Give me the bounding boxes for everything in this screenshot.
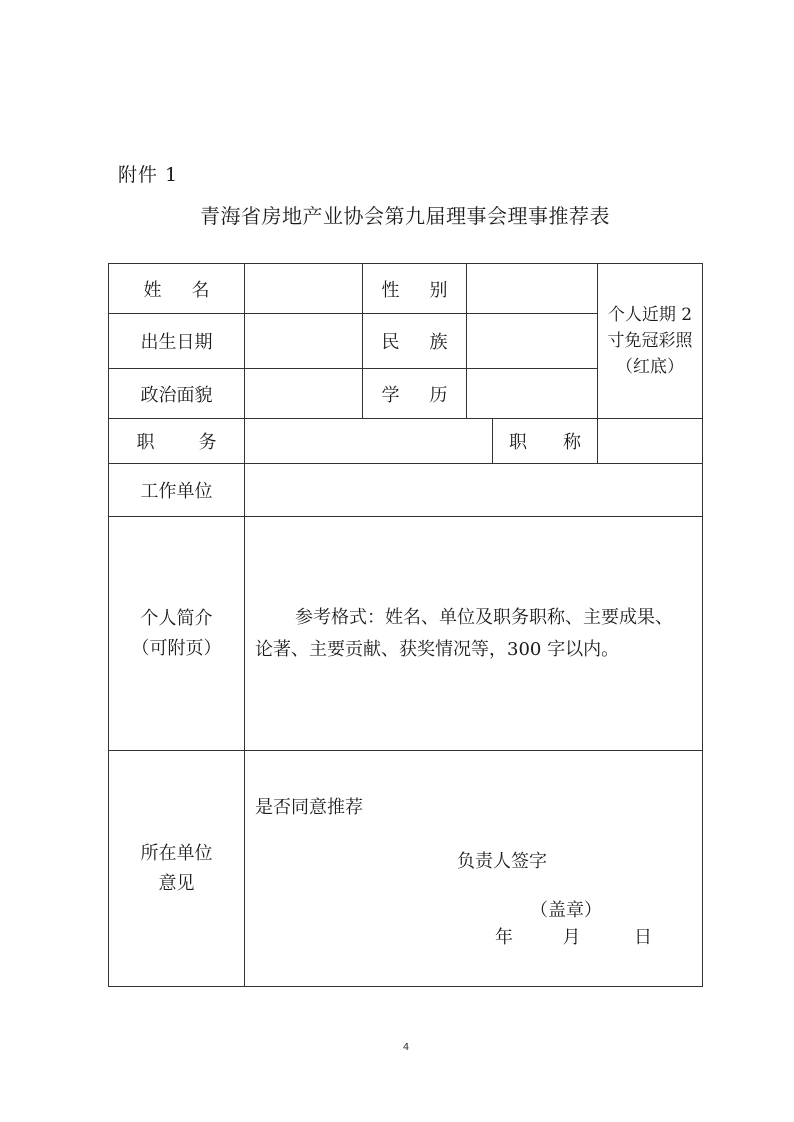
agree-prompt: 是否同意推荐: [255, 793, 363, 819]
education-label: 学历: [363, 369, 467, 419]
birth-date-field[interactable]: [245, 314, 363, 369]
position-label: 职务: [109, 419, 245, 464]
date-year: 年: [495, 923, 513, 949]
ethnicity-label: 民族: [363, 314, 467, 369]
profile-hint-line1: 参考格式：姓名、单位及职务职称、主要成果、: [255, 602, 696, 634]
attachment-label: 附件 1: [118, 160, 178, 187]
gender-label: 性别: [363, 264, 467, 314]
work-unit-field[interactable]: [245, 464, 703, 517]
profile-field[interactable]: 参考格式：姓名、单位及职务职称、主要成果、 论著、主要贡献、获奖情况等，300 …: [245, 517, 703, 751]
date-line: 年 月 日: [495, 923, 652, 949]
date-month: 月: [562, 923, 580, 949]
profile-hint-line2: 论著、主要贡献、获奖情况等，300 字以内。: [255, 634, 696, 666]
birth-date-label: 出生日期: [109, 314, 245, 369]
education-field[interactable]: [467, 369, 598, 419]
table-row: 个人简介 （可附页） 参考格式：姓名、单位及职务职称、主要成果、 论著、主要贡献…: [109, 517, 703, 751]
ethnicity-field[interactable]: [467, 314, 598, 369]
profile-label: 个人简介 （可附页）: [109, 517, 245, 751]
political-status-field[interactable]: [245, 369, 363, 419]
page-title: 青海省房地产业协会第九届理事会理事推荐表: [0, 200, 794, 229]
gender-field[interactable]: [467, 264, 598, 314]
work-unit-label: 工作单位: [109, 464, 245, 517]
recommendation-form-table: 姓名 性别 个人近期 2 寸免冠彩照 （红底） 出生日期 民族 政治面貌 学历 …: [108, 263, 703, 987]
seal-label: （盖章）: [530, 896, 602, 922]
name-label: 姓名: [109, 264, 245, 314]
table-row: 工作单位: [109, 464, 703, 517]
date-day: 日: [634, 923, 652, 949]
photo-note-line2: 寸免冠彩照: [598, 328, 702, 354]
name-field[interactable]: [245, 264, 363, 314]
unit-opinion-label: 所在单位 意见: [109, 751, 245, 987]
photo-note-line3: （红底）: [598, 354, 702, 380]
title-field[interactable]: [598, 419, 703, 464]
table-row: 职务 职称: [109, 419, 703, 464]
photo-placeholder[interactable]: 个人近期 2 寸免冠彩照 （红底）: [598, 264, 703, 419]
photo-note-line1: 个人近期 2: [598, 302, 702, 328]
table-row: 姓名 性别 个人近期 2 寸免冠彩照 （红底）: [109, 264, 703, 314]
unit-opinion-field[interactable]: 是否同意推荐 负责人签字 （盖章） 年 月 日: [245, 751, 703, 987]
page-number: 4: [0, 1042, 794, 1053]
title-label: 职称: [493, 419, 598, 464]
signature-label: 负责人签字: [457, 847, 547, 873]
table-row: 所在单位 意见 是否同意推荐 负责人签字 （盖章） 年 月 日: [109, 751, 703, 987]
position-field[interactable]: [245, 419, 493, 464]
political-status-label: 政治面貌: [109, 369, 245, 419]
